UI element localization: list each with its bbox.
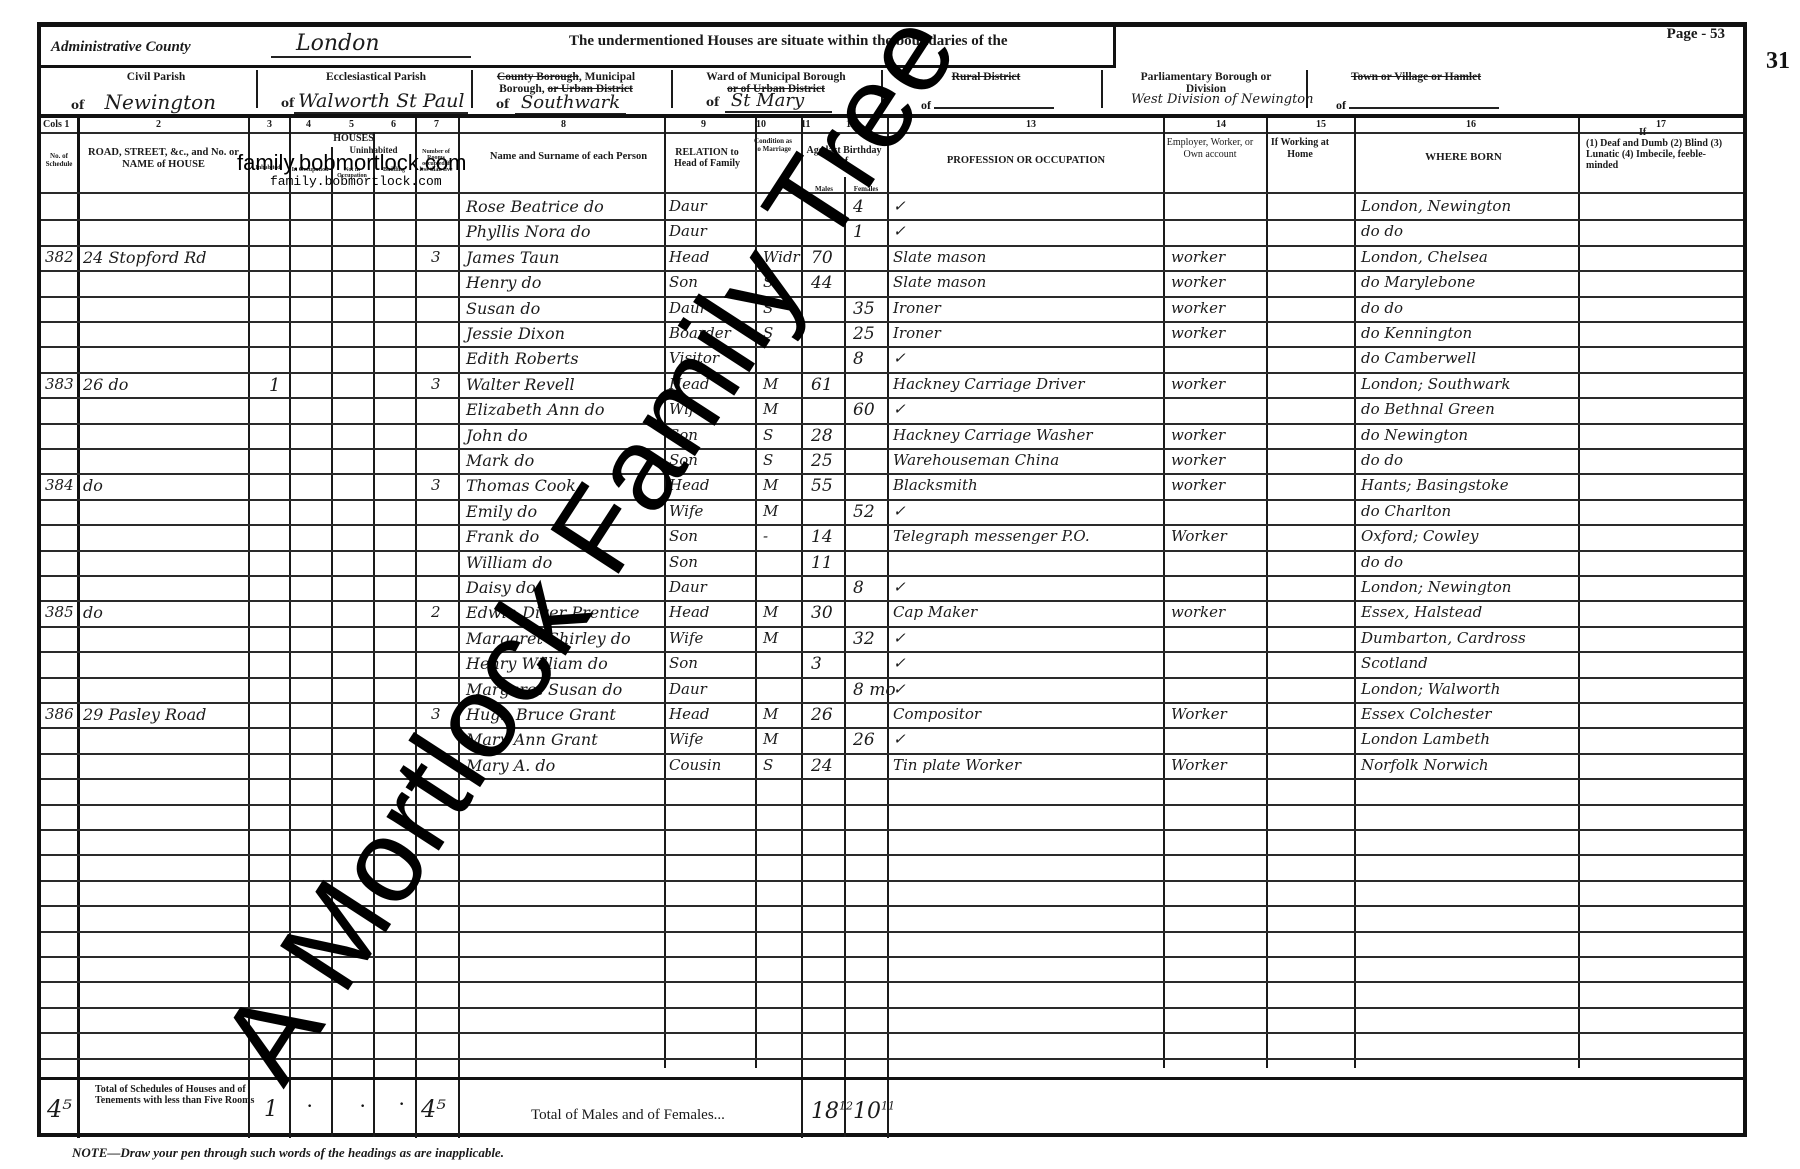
totals-schedules-label: Total of Schedules of Houses and of Tene…: [83, 1084, 255, 1106]
table-row: Mary A. doCousinS24Tin plate WorkerWorke…: [41, 755, 1743, 780]
table-row: Henry doSonS44Slate masonworkerdo Maryle…: [41, 272, 1743, 297]
birthplace: do Marylebone: [1361, 273, 1475, 291]
relation: Daur: [669, 222, 707, 240]
employer-status: worker: [1171, 375, 1225, 393]
heading-note: NOTE—Draw your pen through such words of…: [72, 1145, 504, 1161]
person-name: Jessie Dixon: [466, 324, 565, 343]
marital-condition: S: [763, 426, 773, 444]
male-age: 30: [811, 603, 833, 623]
occupation: Warehouseman China: [893, 451, 1059, 469]
schedule-number: 385: [45, 603, 74, 621]
table-row: Daisy doDaur8✓London; Newington: [41, 577, 1743, 602]
occupation: Hackney Carriage Driver: [893, 375, 1085, 393]
occupation: ✓: [893, 578, 906, 596]
birthplace: do Charlton: [1361, 502, 1451, 520]
inhabited-count: 1: [269, 375, 280, 396]
male-age: 28: [811, 426, 833, 446]
ecclesiastical-parish-label: Ecclesiastical Parish: [291, 71, 461, 83]
male-age: 25: [811, 451, 833, 471]
table-row: 385do2Edwin Diver PrenticeHeadM30Cap Mak…: [41, 602, 1743, 627]
marital-condition: M: [763, 400, 778, 418]
address: 29 Pasley Road: [83, 705, 206, 724]
rooms-count: 2: [431, 603, 441, 621]
employer-status: worker: [1171, 603, 1225, 621]
relation-header: RELATION to Head of Family: [666, 147, 748, 169]
marital-condition: M: [763, 476, 778, 494]
colnum-3: 3: [267, 119, 272, 130]
county-label: Administrative County: [51, 39, 191, 56]
occupation: Slate mason: [893, 248, 986, 266]
occupation: ✓: [893, 349, 906, 367]
birthplace: Norfolk Norwich: [1361, 756, 1489, 774]
person-name: Phyllis Nora do: [466, 222, 591, 241]
employer-status: worker: [1171, 476, 1225, 494]
female-age: 8: [853, 578, 864, 598]
parliamentary-borough-value: West Division of Newington: [1131, 92, 1314, 107]
relation: Wife: [669, 629, 703, 647]
male-age: 55: [811, 476, 833, 496]
occupation: Tin plate Worker: [893, 756, 1021, 774]
employer-status: Worker: [1171, 756, 1227, 774]
occupation: ✓: [893, 400, 906, 418]
table-row: Emily doWifeM52✓do Charlton: [41, 501, 1743, 526]
address: 26 do: [83, 375, 128, 394]
person-name: Henry do: [466, 273, 541, 292]
employer-status: worker: [1171, 299, 1225, 317]
table-row: 384do3Thomas CookHeadM55Blacksmithworker…: [41, 475, 1743, 500]
totals-males-females-label: Total of Males and of Females...: [531, 1107, 725, 1124]
colnum-4: 4: [306, 119, 311, 130]
schedule-number: 384: [45, 476, 74, 494]
employer-status: Worker: [1171, 527, 1227, 545]
colnum-1: Cols 1: [43, 119, 69, 130]
person-name: Mark do: [466, 451, 534, 470]
birthplace: Scotland: [1361, 654, 1428, 672]
employer-status: worker: [1171, 451, 1225, 469]
occupation: ✓: [893, 654, 906, 672]
marital-condition: M: [763, 705, 778, 723]
employer-status: worker: [1171, 248, 1225, 266]
employer-header: Employer, Worker, or Own account: [1164, 137, 1256, 161]
birthplace: Essex Colchester: [1361, 705, 1491, 723]
civil-parish-value: of Newington: [71, 90, 230, 114]
occupation: ✓: [893, 730, 906, 748]
marital-condition: M: [763, 629, 778, 647]
schedule-number: 386: [45, 705, 74, 723]
total-rooms: 4⁵: [421, 1095, 446, 1123]
colnum-9: 9: [701, 119, 706, 130]
table-row: Frank doSon-14Telegraph messenger P.O.Wo…: [41, 526, 1743, 551]
person-name: Elizabeth Ann do: [466, 400, 605, 419]
birthplace: do Newington: [1361, 426, 1468, 444]
relation: Head: [669, 705, 710, 723]
occupation: Slate mason: [893, 273, 986, 291]
birthplace: London; Walworth: [1361, 680, 1500, 698]
ecclesiastical-parish-value: ofWalworth St Paul: [281, 90, 468, 112]
birthplace: Dumbarton, Cardross: [1361, 629, 1526, 647]
person-name: Rose Beatrice do: [466, 197, 604, 216]
infirmity-header: (1) Deaf and Dumb (2) Blind (3) Lunatic …: [1586, 138, 1736, 171]
occupation: Ironer: [893, 324, 941, 342]
male-age: 24: [811, 756, 833, 776]
birthplace: London Lambeth: [1361, 730, 1490, 748]
occupation: Telegraph messenger P.O.: [893, 527, 1090, 545]
rooms-count: 3: [431, 375, 441, 393]
colnum-8: 8: [561, 119, 566, 130]
birthplace: Oxford; Cowley: [1361, 527, 1478, 545]
person-name: Walter Revell: [466, 375, 575, 394]
female-age: 52: [853, 502, 875, 522]
civil-parish-label: Civil Parish: [81, 71, 231, 83]
female-age: 8: [853, 349, 864, 369]
total-males: 1812: [811, 1099, 853, 1124]
town-village-value: of: [1336, 98, 1499, 113]
occupation-header: PROFESSION OR OCCUPATION: [921, 155, 1131, 166]
birthplace: do Camberwell: [1361, 349, 1476, 367]
schedule-number: 383: [45, 375, 74, 393]
marital-condition: M: [763, 603, 778, 621]
table-row: Henry William doSon3✓Scotland: [41, 653, 1743, 678]
colnum-10: 10: [756, 119, 766, 130]
male-age: 11: [811, 553, 833, 573]
male-age: 3: [811, 654, 822, 674]
birthplace: London; Newington: [1361, 578, 1511, 596]
table-row: Jessie DixonBoarderS25Ironerworkerdo Ken…: [41, 323, 1743, 348]
where-born-header: WHERE BORN: [1371, 151, 1556, 163]
total-schedules: 4⁵: [47, 1095, 72, 1123]
relation: Daur: [669, 680, 707, 698]
colnum-16: 16: [1466, 119, 1476, 130]
employer-status: worker: [1171, 324, 1225, 342]
relation: Son: [669, 553, 698, 571]
table-row: 38629 Pasley Road3Hugh Bruce GrantHeadM2…: [41, 704, 1743, 729]
row-rule: [41, 854, 1743, 856]
relation: Daur: [669, 578, 707, 596]
colnum-13: 13: [1026, 119, 1036, 130]
employer-status: worker: [1171, 426, 1225, 444]
county-value: London: [271, 31, 471, 58]
male-age: 14: [811, 527, 833, 547]
female-age: 26: [853, 730, 875, 750]
birthplace: Essex, Halstead: [1361, 603, 1482, 621]
name-header: Name and Surname of each Person: [481, 151, 656, 163]
total-females: 1011: [853, 1099, 895, 1124]
birthplace: do Kennington: [1361, 324, 1472, 342]
birthplace: London, Chelsea: [1361, 248, 1488, 266]
colnum-2: 2: [156, 119, 161, 130]
birthplace: do do: [1361, 553, 1403, 571]
female-age: 35: [853, 299, 875, 319]
row-rule: [41, 804, 1743, 806]
marital-condition: -: [763, 527, 768, 545]
watermark-url-large: family.bobmortlock.com: [237, 150, 466, 176]
employer-status: worker: [1171, 273, 1225, 291]
schedule-number: 382: [45, 248, 74, 266]
table-row: Mary Ann GrantWifeM26✓London Lambeth: [41, 729, 1743, 754]
total-building: ·: [398, 1091, 405, 1117]
road-header: ROAD, STREET, &c., and No. or NAME of HO…: [81, 147, 246, 171]
birthplace: do Bethnal Green: [1361, 400, 1495, 418]
male-age: 26: [811, 705, 833, 725]
marital-condition: M: [763, 502, 778, 520]
birthplace: do do: [1361, 222, 1403, 240]
table-row: John doSonS28Hackney Carriage Washerwork…: [41, 425, 1743, 450]
relation: Son: [669, 654, 698, 672]
table-row: Margaret Shirley doWifeM32✓Dumbarton, Ca…: [41, 628, 1743, 653]
schedule-header: No. of Schedule: [42, 152, 76, 168]
female-age: 32: [853, 629, 875, 649]
female-age: 25: [853, 324, 875, 344]
person-name: Edith Roberts: [466, 349, 579, 368]
row-rule: [41, 829, 1743, 831]
birthplace: do do: [1361, 451, 1403, 469]
table-row: Margaret Susan doDaur8 mo✓London; Walwor…: [41, 679, 1743, 704]
occupation: Ironer: [893, 299, 941, 317]
birthplace: Hants; Basingstoke: [1361, 476, 1509, 494]
table-row: Elizabeth Ann doWifeM60✓do Bethnal Green: [41, 399, 1743, 424]
male-age: 61: [811, 375, 833, 395]
infirmity-if-header: If: [1639, 127, 1659, 138]
occupation: Compositor: [893, 705, 981, 723]
occupation: ✓: [893, 629, 906, 647]
colnum-7: 7: [434, 119, 439, 130]
colnum-5: 5: [349, 119, 354, 130]
address: 24 Stopford Rd: [83, 248, 207, 267]
table-row: William doSon11do do: [41, 552, 1743, 577]
total-inhabited: 1: [264, 1097, 278, 1122]
watermark-url-small: family.bobmortlock.com: [270, 174, 442, 189]
marital-condition: S: [763, 756, 773, 774]
birthplace: London; Southwark: [1361, 375, 1510, 393]
table-row: 38326 do13Walter RevellHeadM61Hackney Ca…: [41, 374, 1743, 399]
relation: Cousin: [669, 756, 721, 774]
relation: Head: [669, 603, 710, 621]
houses-header: HOUSES: [291, 133, 416, 144]
relation: Daur: [669, 197, 707, 215]
female-age: 8 mo: [853, 680, 896, 700]
employer-status: Worker: [1171, 705, 1227, 723]
occupation: ✓: [893, 222, 906, 240]
table-row: Susan doDaurS35Ironerworkerdo do: [41, 298, 1743, 323]
colnum-6: 6: [391, 119, 396, 130]
address: do: [83, 476, 103, 495]
table-row: 38224 Stopford Rd3James TaunHeadWidr70Sl…: [41, 247, 1743, 272]
female-age: 60: [853, 400, 875, 420]
occupation: Cap Maker: [893, 603, 977, 621]
town-village-label: Town or Village or Hamlet: [1331, 71, 1501, 83]
margin-folio-number: 31: [1766, 48, 1790, 75]
person-name: John do: [466, 426, 528, 445]
occupation: Blacksmith: [893, 476, 978, 494]
table-row: Mark doSonS25Warehouseman Chinaworkerdo …: [41, 450, 1743, 475]
occupation: Hackney Carriage Washer: [893, 426, 1093, 444]
relation: Wife: [669, 730, 703, 748]
marital-condition: M: [763, 730, 778, 748]
colnum-15: 15: [1316, 119, 1326, 130]
table-row: Edith RobertsVisitor8✓do Camberwell: [41, 348, 1743, 373]
occupation: ✓: [893, 502, 906, 520]
borough-value: of Southwark: [496, 92, 626, 113]
working-at-home-header: If Working at Home: [1269, 137, 1331, 161]
colnum-14: 14: [1216, 119, 1226, 130]
rooms-count: 3: [431, 248, 441, 266]
person-name: Susan do: [466, 299, 540, 318]
person-name: James Taun: [466, 248, 559, 267]
occupation: ✓: [893, 680, 906, 698]
total-uninhabited-unoccupied: ·: [359, 1093, 366, 1119]
table-row: Phyllis Nora doDaur1✓do do: [41, 221, 1743, 246]
birthplace: London, Newington: [1361, 197, 1511, 215]
rooms-count: 3: [431, 476, 441, 494]
marital-condition: S: [763, 451, 773, 469]
birthplace: do do: [1361, 299, 1403, 317]
address: do: [83, 603, 103, 622]
